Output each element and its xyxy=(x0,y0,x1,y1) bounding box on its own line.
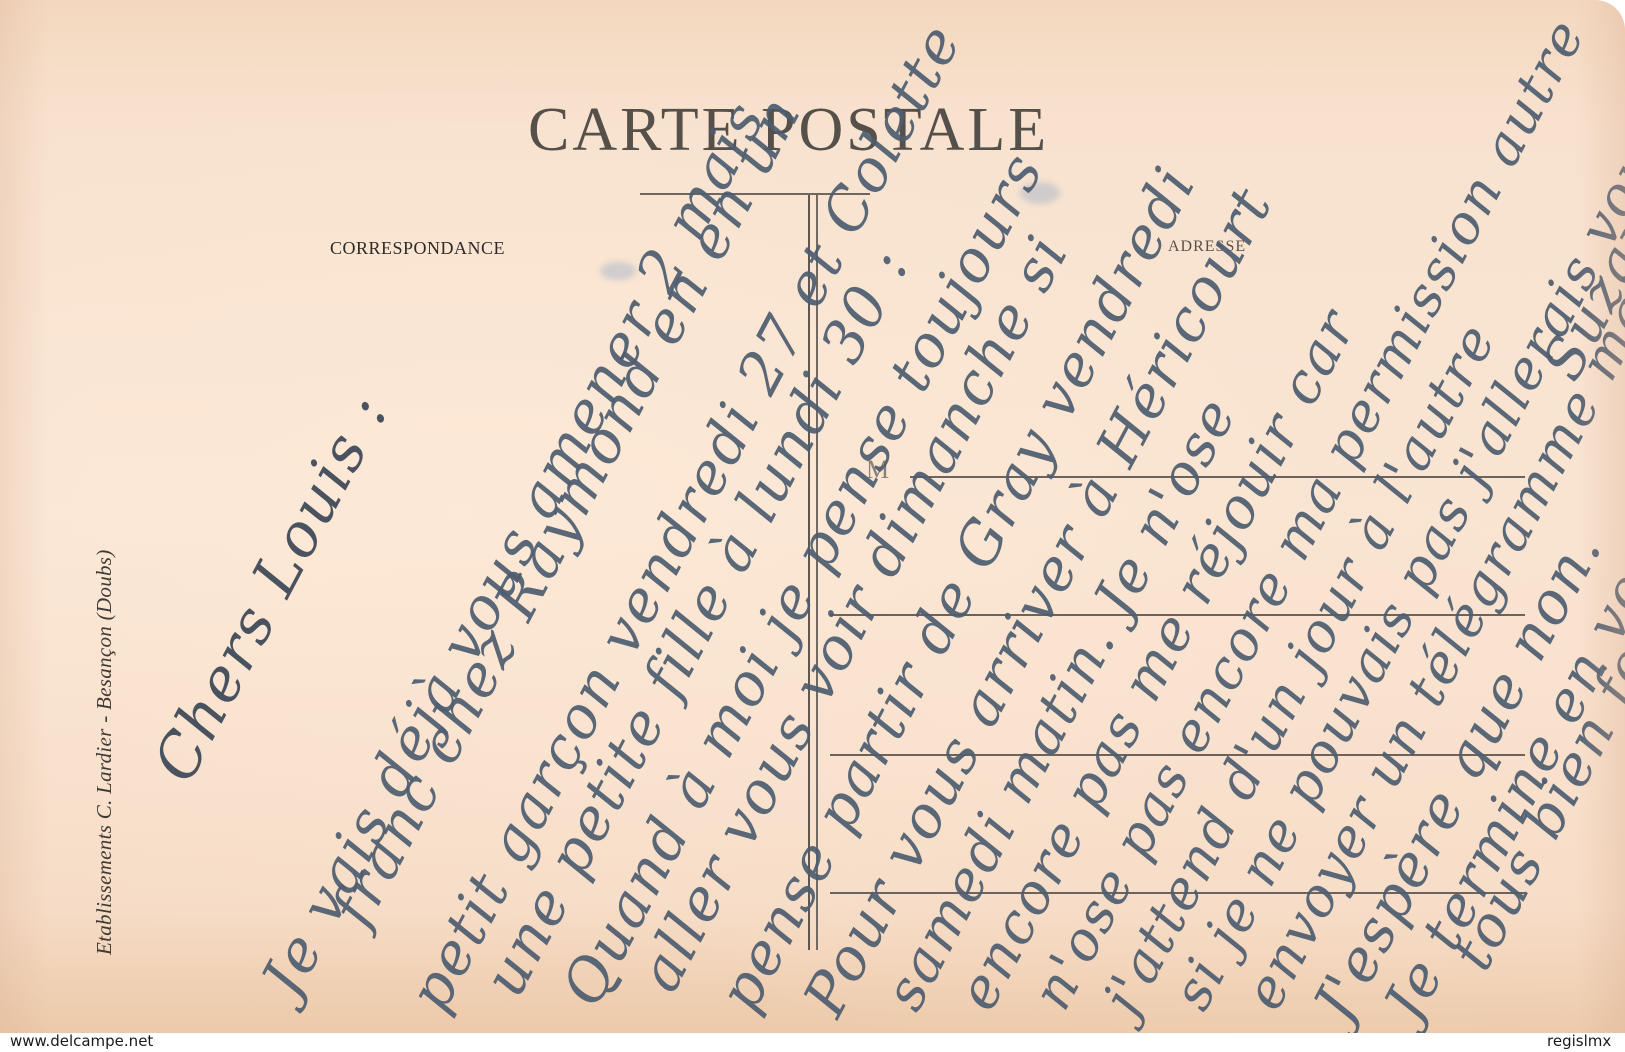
handwriting-line: j'attend d'un jour à l'autre xyxy=(1090,313,1508,1025)
signature: Suzanne xyxy=(1530,133,1625,390)
postcard-title: CARTE POSTALE xyxy=(528,95,1049,166)
postcard-back: CARTE POSTALE CORRESPONDANCE ADRESSE Eta… xyxy=(0,0,1625,1033)
correspondence-label: CORRESPONDANCE xyxy=(330,238,505,259)
handwriting-line: tous bien fort. Vos parents xyxy=(1440,239,1625,980)
handwriting-line: Je vais déjà vous amener 2 mais xyxy=(248,90,779,1007)
watermark-left: www.delcampe.net xyxy=(10,1032,153,1050)
center-divider-line xyxy=(808,195,810,950)
center-divider-line-inner xyxy=(816,195,818,950)
ink-blot xyxy=(600,262,636,280)
handwriting-line: Chers Louis : xyxy=(140,382,403,793)
handwriting-line: franc chez Raymond en en un xyxy=(318,84,814,936)
handwriting-line: envoyer un télégramme mais xyxy=(1232,240,1625,1019)
address-line-3 xyxy=(830,754,1525,756)
handwriting-line: n'ose pas encore ma permission autre xyxy=(1020,8,1598,1019)
handwriting-line: J'espère que non. xyxy=(1300,519,1616,1032)
address-line-2 xyxy=(830,614,1525,616)
handwriting-line: Pour vous arriver à Héricourt xyxy=(790,175,1286,1026)
printer-imprint: Etablissements C. Lardier - Besançon (Do… xyxy=(92,549,117,955)
watermark-right: regislmx xyxy=(1547,1032,1611,1050)
address-line-1 xyxy=(910,476,1525,478)
ink-blot xyxy=(1020,182,1060,204)
address-prefix: M xyxy=(866,455,889,485)
handwriting-line: encore pas me réjouir car xyxy=(945,299,1370,1021)
top-rule xyxy=(640,193,870,195)
handwriting-line: Je termine en vous embrassant xyxy=(1372,171,1625,1030)
handwriting-line: aller vous voir dimanche si xyxy=(625,224,1082,1002)
address-line-4 xyxy=(830,892,1525,894)
handwriting-line: samedi matin. Je n'ose xyxy=(872,387,1250,1021)
watermark-strip xyxy=(0,1033,1625,1052)
address-label: ADRESSE xyxy=(1168,238,1246,256)
